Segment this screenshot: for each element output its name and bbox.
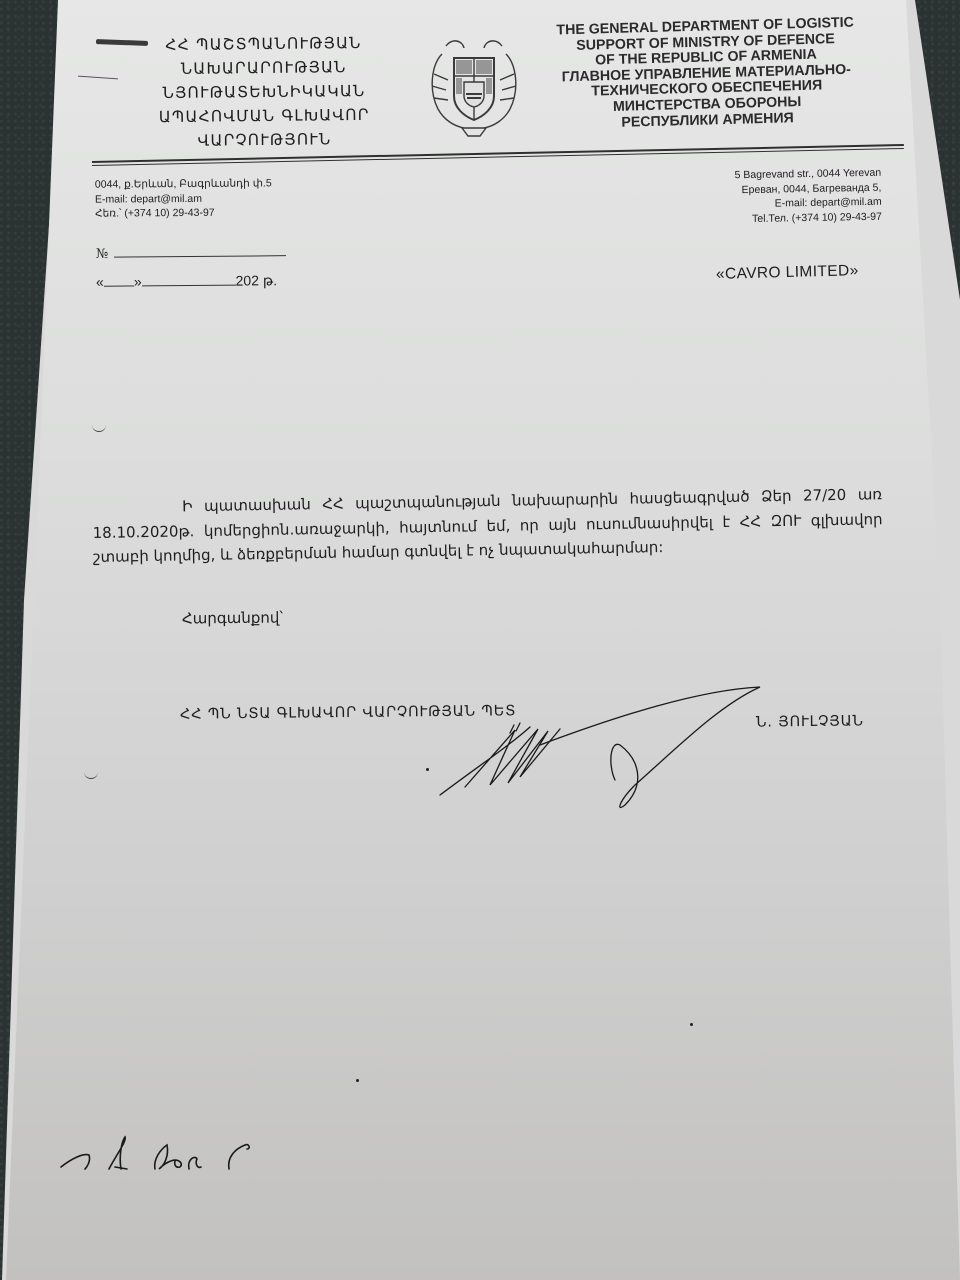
day-blank (104, 273, 134, 286)
phone-line: Հեռ.՝ (+374 10) 29-43-97 (95, 205, 272, 221)
ink-dot (690, 1023, 693, 1026)
recipient: «CAVRO LIMITED» (716, 262, 859, 284)
date-quote-open: « (96, 274, 104, 290)
letterhead-line: ՆՅՈՒԹԱՏԵԽՆԻԿԱԿԱՆ (128, 79, 400, 106)
ink-dot (356, 1079, 359, 1082)
number-blank (114, 243, 286, 258)
letterhead-armenian: ՀՀ ՊԱՇՏՊԱՆՈՒԹՅԱՆ ՆԱԽԱՐԱՐՈՒԹՅԱՆ ՆՅՈՒԹԱՏԵԽ… (127, 31, 400, 154)
address-english-russian: 5 Bagrevand str., 0044 Yerevan Ереван, 0… (735, 166, 883, 227)
address-armenian: 0044, ք.Երևան, Բագրևանդի փ.5 E-mail: dep… (95, 176, 272, 221)
year-suffix: 202 թ. (236, 272, 278, 288)
letterhead-line: ԱՊԱՀՈՎՄԱՆ ԳԼԽԱՎՈՐ (128, 103, 400, 130)
phone-line: Tel.Тел. (+374 10) 29-43-97 (736, 209, 883, 226)
number-label: № (96, 247, 108, 262)
email-line: E-mail: depart@mil.am (95, 191, 272, 207)
document-date-field: «»202 թ. (96, 272, 277, 291)
letterhead-english-russian: THE GENERAL DEPARTMENT OF LOGISTIC SUPPO… (535, 15, 878, 133)
signature-icon (420, 685, 780, 820)
coat-of-arms-icon (424, 34, 524, 142)
address-line: 0044, ք.Երևան, Բագրևանդի փ.5 (95, 176, 272, 192)
month-blank (142, 273, 236, 287)
handwritten-initials-icon (55, 1135, 285, 1180)
date-quote-close: » (134, 273, 142, 289)
letterhead-line: ՎԱՐՉՈՒԹՅՈՒՆ (128, 127, 400, 154)
letterhead-line: ՆԱԽԱՐԱՐՈՒԹՅԱՆ (128, 55, 400, 82)
closing: Հարգանքով՝ (182, 609, 283, 628)
letterhead-line: ՀՀ ՊԱՇՏՊԱՆՈՒԹՅԱՆ (127, 31, 399, 58)
ink-dot (426, 768, 429, 771)
document-number-field: № (96, 243, 286, 262)
letter-body: Ի պատասխան ՀՀ պաշտպանության նախարարին հա… (92, 482, 883, 569)
